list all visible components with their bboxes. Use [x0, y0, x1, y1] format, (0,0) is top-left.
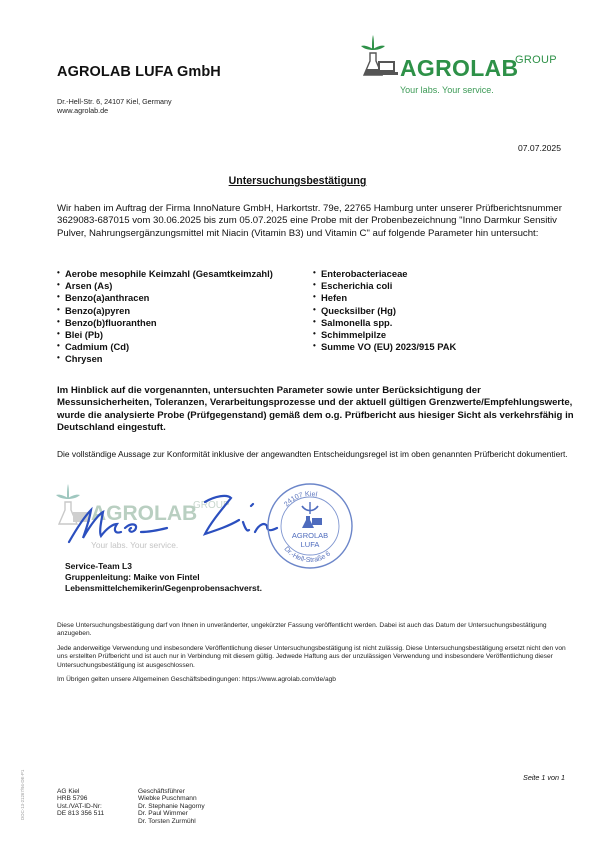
document-code: DOC-13-21267/94-DE-P1 [20, 770, 25, 820]
parameter-item: Quecksilber (Hg) [313, 305, 456, 317]
signer-lead: Gruppenleitung: Maike von Fintel [65, 572, 262, 583]
vat-label: Ust./VAT-ID-Nr: [57, 803, 104, 810]
signer-team: Service-Team L3 [65, 561, 262, 572]
official-stamp: 24107 Kiel Dr.-Hell-Straße 6 AGROLAB LUF… [266, 482, 354, 570]
document-title: Untersuchungsbestätigung [0, 175, 595, 187]
manager-name: Dr. Stephanie Nagorny [138, 803, 205, 810]
signer-role: Lebensmittelchemikerin/Gegenprobensachve… [65, 583, 262, 594]
flask-plant-laptop-icon [360, 33, 400, 81]
logo-tagline: Your labs. Your service. [400, 85, 494, 95]
document-date: 07.07.2025 [518, 143, 561, 153]
parameter-item: Hefen [313, 292, 456, 304]
parameter-item: Arsen (As) [57, 280, 313, 292]
signer-block: Service-Team L3 Gruppenleitung: Maike vo… [65, 561, 262, 594]
intro-paragraph: Wir haben im Auftrag der Firma InnoNatur… [57, 203, 567, 240]
parameter-item: Escherichia coli [313, 280, 456, 292]
stamp-center-line2: LUFA [301, 540, 320, 549]
parameter-item: Schimmelpilze [313, 329, 456, 341]
manager-name: Dr. Paul Wimmer [138, 810, 205, 817]
parameter-item: Salmonella spp. [313, 317, 456, 329]
parameter-item: Benzo(a)anthracen [57, 292, 313, 304]
legal-notice: Diese Untersuchungsbestätigung darf von … [57, 622, 577, 690]
verdict-paragraph: Im Hinblick auf die vorgenannten, unters… [57, 385, 577, 434]
management-title: Geschäftsführer [138, 788, 205, 795]
logo-wordmark: AGROLAB [400, 55, 518, 82]
legal-paragraph-publication: Diese Untersuchungsbestätigung darf von … [57, 622, 577, 639]
legal-paragraph-usage: Jede anderweitige Verwendung und insbeso… [57, 645, 577, 670]
parameter-column-2: Enterobacteriaceae Escherichia coli Hefe… [313, 268, 456, 366]
page-number: Seite 1 von 1 [523, 773, 565, 782]
footer-registry: AG Kiel HRB 5796 Ust./VAT-ID-Nr: DE 813 … [57, 788, 104, 818]
registry-number: HRB 5796 [57, 795, 104, 802]
company-name: AGROLAB LUFA GmbH [57, 64, 221, 80]
website-link[interactable]: www.agrolab.de [57, 107, 172, 116]
company-address: Dr.-Hell-Str. 6, 24107 Kiel, Germany www… [57, 98, 172, 115]
parameter-item: Summe VO (EU) 2023/915 PAK [313, 341, 456, 353]
parameter-item: Cadmium (Cd) [57, 341, 313, 353]
footer-management: Geschäftsführer Wiebke Puschmann Dr. Ste… [138, 788, 205, 825]
parameter-item: Aerobe mesophile Keimzahl (Gesamtkeimzah… [57, 268, 313, 280]
title-text: Untersuchungsbestätigung [229, 175, 367, 187]
parameter-column-1: Aerobe mesophile Keimzahl (Gesamtkeimzah… [57, 268, 313, 366]
parameter-item: Chrysen [57, 353, 313, 365]
parameter-list: Aerobe mesophile Keimzahl (Gesamtkeimzah… [57, 268, 577, 366]
agrolab-group-logo: AGROLAB GROUP Your labs. Your service. [360, 33, 570, 103]
parameter-item: Blei (Pb) [57, 329, 313, 341]
manager-name: Wiebke Puschmann [138, 795, 205, 802]
stamp-center-line1: AGROLAB [292, 531, 328, 540]
stamp-top-text: 24107 Kiel [283, 491, 318, 508]
svg-text:24107 Kiel: 24107 Kiel [283, 491, 318, 508]
conformity-note: Die vollständige Aussage zur Konformität… [57, 449, 577, 460]
manager-name: Dr. Torsten Zurmühl [138, 818, 205, 825]
stamp-seal-icon: 24107 Kiel Dr.-Hell-Straße 6 AGROLAB LUF… [266, 482, 354, 570]
parameter-item: Benzo(a)pyren [57, 305, 313, 317]
logo-group-label: GROUP [515, 54, 557, 66]
parameter-item: Enterobacteriaceae [313, 268, 456, 280]
registry-court: AG Kiel [57, 788, 104, 795]
parameter-item: Benzo(b)fluoranthen [57, 317, 313, 329]
legal-paragraph-terms: Im Übrigen gelten unsere Allgemeinen Ges… [57, 676, 577, 684]
vat-number: DE 813 356 511 [57, 810, 104, 817]
